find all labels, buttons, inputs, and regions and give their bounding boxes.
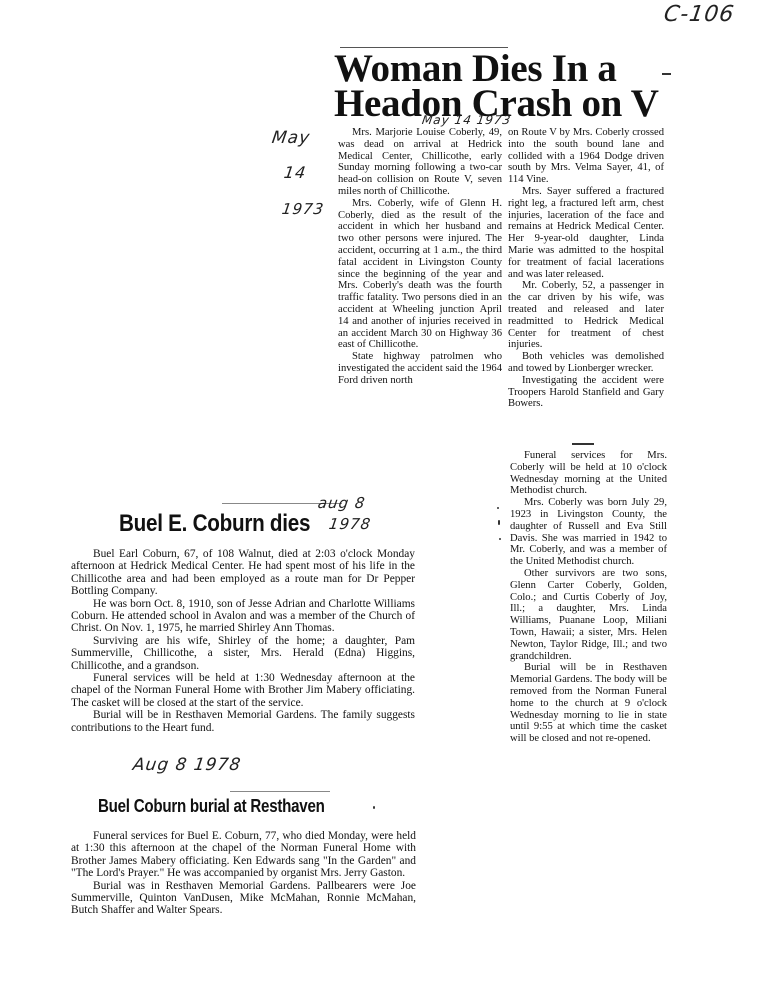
- paragraph: State highway patrolmen who investigated…: [338, 351, 502, 386]
- paragraph: Funeral services for Buel E. Coburn, 77,…: [71, 830, 416, 880]
- scan-speck: [498, 520, 500, 525]
- paragraph: Funeral services for Mrs. Coberly will b…: [510, 450, 667, 497]
- scan-speck: [373, 806, 375, 809]
- margin-date-month: May: [271, 128, 312, 148]
- handwritten-date: Aug 8 1978: [132, 755, 243, 775]
- headline-rule: [230, 791, 330, 792]
- article2-headline: Buel E. Coburn dies: [119, 510, 310, 538]
- article2-body: Buel Earl Coburn, 67, of 108 Walnut, die…: [71, 548, 415, 734]
- handwritten-date-line1: aug 8: [317, 494, 367, 512]
- article1-column-right: on Route V by Mrs. Coberly crossed into …: [508, 127, 664, 410]
- article1-continuation: Funeral services for Mrs. Coberly will b…: [510, 450, 667, 745]
- paragraph: Mrs. Coberly was born July 29, 1923 in L…: [510, 497, 667, 568]
- article3-body: Funeral services for Buel E. Coburn, 77,…: [71, 830, 416, 917]
- page-marker: C-106: [662, 2, 736, 27]
- headline-tick-mark: [662, 73, 671, 75]
- scan-speck: [497, 507, 499, 509]
- paragraph: Mrs. Marjorie Louise Coberly, 49, was de…: [338, 127, 502, 198]
- section-divider: [572, 443, 594, 445]
- paragraph: Mrs. Sayer suffered a fractured right le…: [508, 186, 664, 280]
- paragraph: Other survivors are two sons, Glenn Cart…: [510, 568, 667, 662]
- paragraph: Burial will be in Resthaven Memorial Gar…: [510, 662, 667, 745]
- paragraph: Burial was in Resthaven Memorial Gardens…: [71, 880, 416, 917]
- paragraph: Mr. Coberly, 52, a passenger in the car …: [508, 280, 664, 351]
- paragraph: Funeral services will be held at 1:30 We…: [71, 672, 415, 709]
- paragraph: Burial will be in Resthaven Memorial Gar…: [71, 709, 415, 734]
- paragraph: Mrs. Coberly, wife of Glenn H. Coberly, …: [338, 198, 502, 351]
- paragraph: on Route V by Mrs. Coberly crossed into …: [508, 127, 664, 186]
- handwritten-date-line2: 1978: [328, 515, 373, 533]
- paragraph: He was born Oct. 8, 1910, son of Jesse A…: [71, 598, 415, 635]
- margin-date-day: 14: [283, 163, 308, 182]
- article3-headline: Buel Coburn burial at Resthaven: [98, 796, 325, 817]
- paragraph: Surviving are his wife, Shirley of the h…: [71, 635, 415, 672]
- handwritten-date-inline: May 14 1973: [421, 113, 512, 127]
- paragraph: Both vehicles was demolished and towed b…: [508, 351, 664, 375]
- scan-speck: [499, 538, 501, 540]
- paragraph: Buel Earl Coburn, 67, of 108 Walnut, die…: [71, 548, 415, 598]
- paragraph: Investigating the accident were Troopers…: [508, 375, 664, 410]
- margin-date-year: 1973: [281, 200, 326, 218]
- article1-column-left: Mrs. Marjorie Louise Coberly, 49, was de…: [338, 127, 502, 387]
